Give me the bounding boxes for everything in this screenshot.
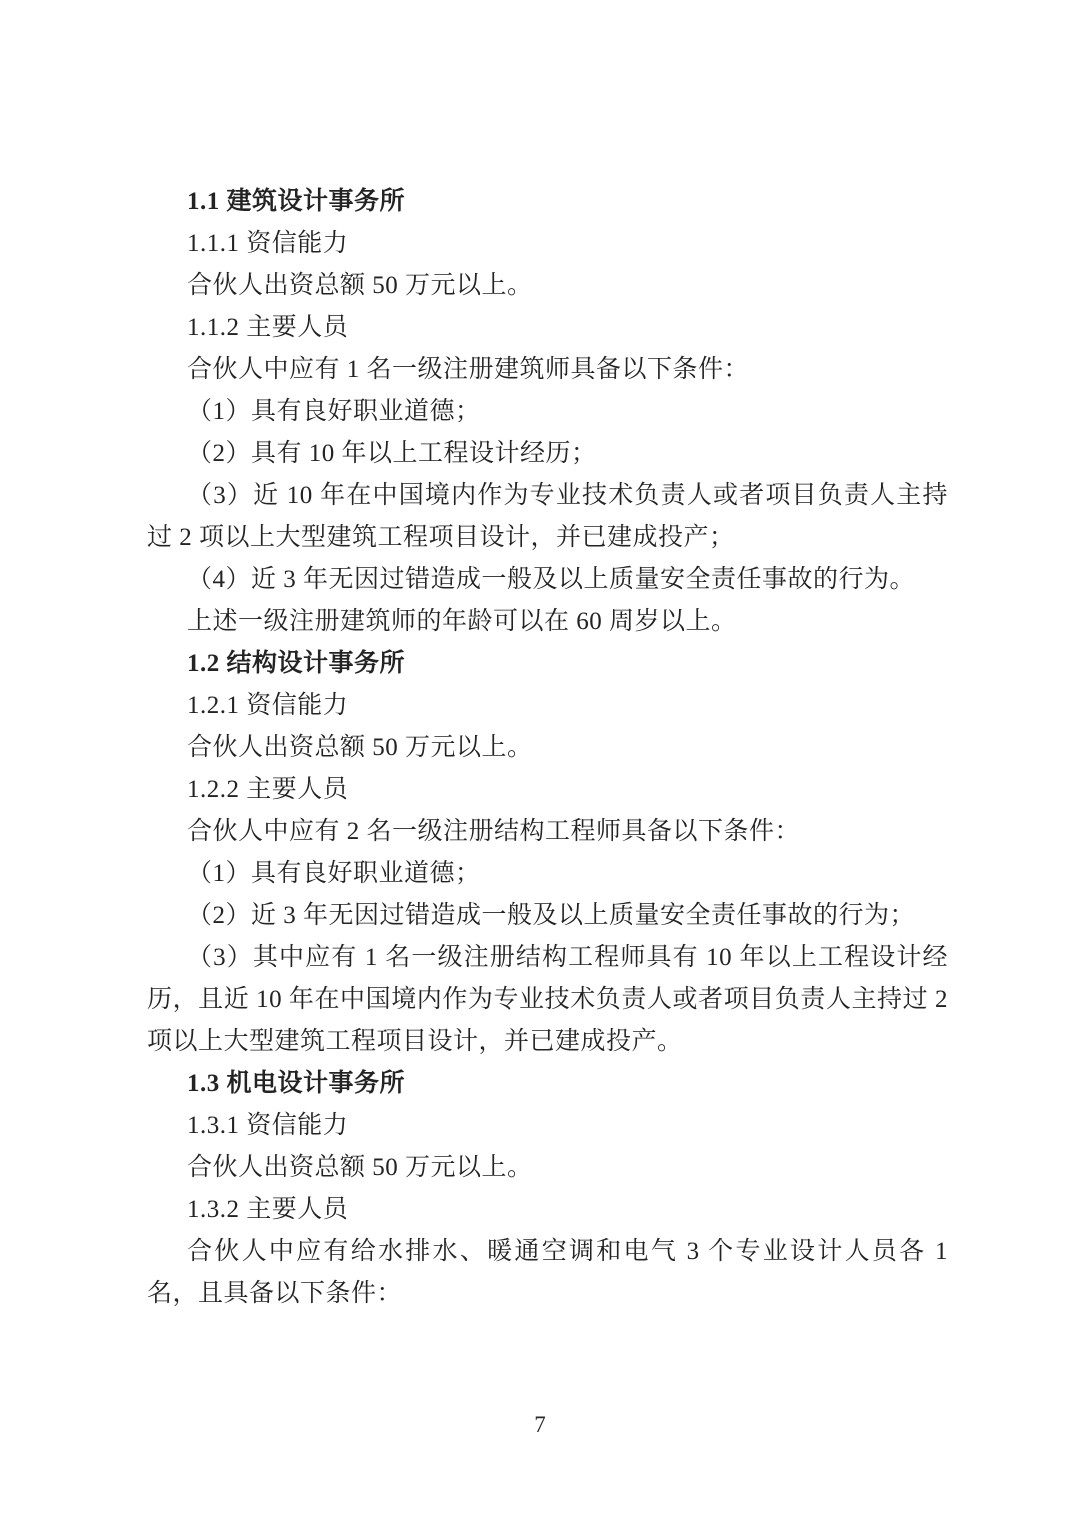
paragraph-1-1-1-body: 合伙人出资总额 50 万元以上。 xyxy=(147,265,948,307)
list-item-1-2-2-3: （3）其中应有 1 名一级注册结构工程师具有 10 年以上工程设计经历，且近 1… xyxy=(147,937,948,1063)
list-item-1-2-2-2: （2）近 3 年无因过错造成一般及以上质量安全责任事故的行为； xyxy=(147,895,948,937)
paragraph-1-1-2-title: 1.1.2 主要人员 xyxy=(147,307,948,349)
list-item-1-1-2-4: （4）近 3 年无因过错造成一般及以上质量安全责任事故的行为。 xyxy=(147,559,948,601)
paragraph-1-1-2-note: 上述一级注册建筑师的年龄可以在 60 周岁以上。 xyxy=(147,601,948,643)
document-page: 1.1 建筑设计事务所 1.1.1 资信能力 合伙人出资总额 50 万元以上。 … xyxy=(0,0,1080,1527)
page-number: 7 xyxy=(534,1412,546,1437)
list-item-1-1-2-2: （2）具有 10 年以上工程设计经历； xyxy=(147,433,948,475)
paragraph-1-3-2-intro: 合伙人中应有给水排水、暖通空调和电气 3 个专业设计人员各 1 名，且具备以下条… xyxy=(147,1231,948,1315)
section-heading-1-1: 1.1 建筑设计事务所 xyxy=(147,181,948,223)
paragraph-1-1-1-title: 1.1.1 资信能力 xyxy=(147,223,948,265)
paragraph-1-1-2-intro: 合伙人中应有 1 名一级注册建筑师具备以下条件： xyxy=(147,349,948,391)
page-footer: 7 xyxy=(0,1408,1080,1442)
section-heading-1-2: 1.2 结构设计事务所 xyxy=(147,643,948,685)
section-heading-1-3: 1.3 机电设计事务所 xyxy=(147,1063,948,1105)
paragraph-1-3-1-body: 合伙人出资总额 50 万元以上。 xyxy=(147,1147,948,1189)
paragraph-1-2-1-body: 合伙人出资总额 50 万元以上。 xyxy=(147,727,948,769)
paragraph-1-2-1-title: 1.2.1 资信能力 xyxy=(147,685,948,727)
list-item-1-2-2-1: （1）具有良好职业道德； xyxy=(147,853,948,895)
paragraph-1-2-2-intro: 合伙人中应有 2 名一级注册结构工程师具备以下条件： xyxy=(147,811,948,853)
paragraph-1-3-2-title: 1.3.2 主要人员 xyxy=(147,1189,948,1231)
list-item-1-1-2-3: （3）近 10 年在中国境内作为专业技术负责人或者项目负责人主持过 2 项以上大… xyxy=(147,475,948,559)
paragraph-1-3-1-title: 1.3.1 资信能力 xyxy=(147,1105,948,1147)
paragraph-1-2-2-title: 1.2.2 主要人员 xyxy=(147,769,948,811)
document-content: 1.1 建筑设计事务所 1.1.1 资信能力 合伙人出资总额 50 万元以上。 … xyxy=(147,181,948,1315)
list-item-1-1-2-1: （1）具有良好职业道德； xyxy=(147,391,948,433)
